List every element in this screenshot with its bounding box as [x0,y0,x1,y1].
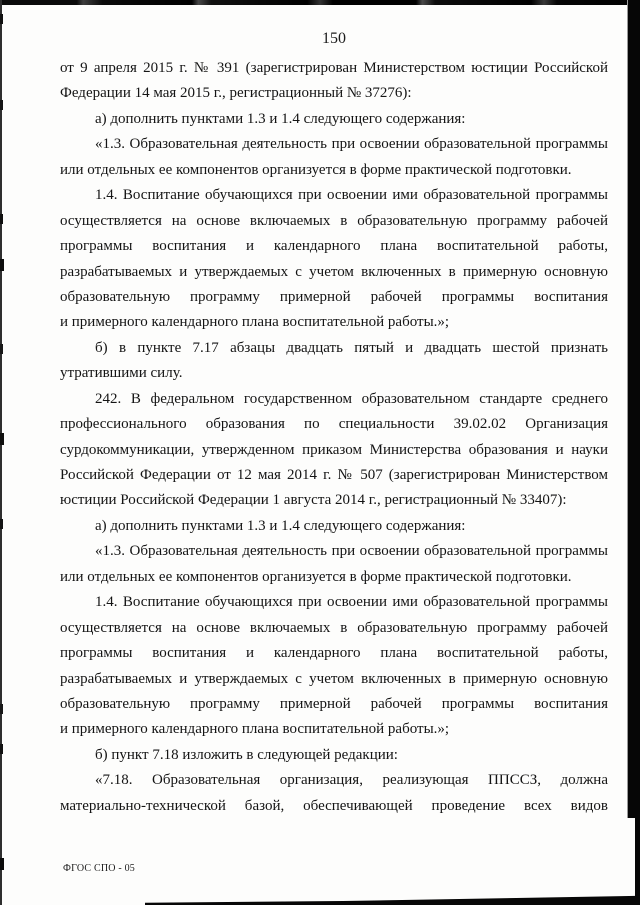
scan-edge-right [627,0,640,818]
text-line: а) дополнить пунктами 1.3 и 1.4 следующе… [60,514,608,539]
text-line: разрабатываемых и утверждаемых с учетом … [60,667,608,692]
text-line: 242. В федеральном государственном образ… [60,387,608,412]
text-line: Федерации 14 мая 2015 г., регистрационны… [60,81,608,106]
text-line: материально-технической базой, обеспечив… [60,794,608,819]
text-line: 1.4. Воспитание обучающихся при освоении… [60,183,608,208]
text-line: 1.4. Воспитание обучающихся при освоении… [60,590,608,615]
text-line: образовательную программу примерной рабо… [60,285,608,310]
text-line: и примерного календарного плана воспитат… [60,717,608,742]
text-line: «1.3. Образовательная деятельность при о… [60,132,608,157]
scan-edge-right-lower [635,815,640,905]
text-line: утратившими силу. [60,361,608,386]
text-line: или отдельных ее компонентов организуетс… [60,565,608,590]
scan-edge-left [0,0,2,905]
document-body: от 9 апреля 2015 г. № 391 (зарегистриров… [60,56,608,819]
text-line: «7.18. Образовательная организация, реал… [60,768,608,793]
text-line: б) пункт 7.18 изложить в следующей редак… [60,743,608,768]
text-line: программы воспитания и календарного план… [60,234,608,259]
text-line: и примерного календарного плана воспитат… [60,310,608,335]
scan-edge-bottom [145,895,640,905]
scan-specks [0,14,3,24]
text-line: разрабатываемых и утверждаемых с учетом … [60,260,608,285]
text-line: юстиции Российской Федерации 1 августа 2… [60,488,608,513]
text-line: «1.3. Образовательная деятельность при о… [60,539,608,564]
text-line: а) дополнить пунктами 1.3 и 1.4 следующе… [60,107,608,132]
page-number: 150 [60,30,608,48]
text-line: осуществляется на основе включаемых в об… [60,616,608,641]
footer-document-code: ФГОС СПО - 05 [63,863,135,874]
text-line: осуществляется на основе включаемых в об… [60,209,608,234]
text-line: б) в пункте 7.17 абзацы двадцать пятый и… [60,336,608,361]
text-line: от 9 апреля 2015 г. № 391 (зарегистриров… [60,56,608,81]
text-line: Российской Федерации от 12 мая 2014 г. №… [60,463,608,488]
text-line: образовательную программу примерной рабо… [60,692,608,717]
text-line: программы воспитания и календарного план… [60,641,608,666]
text-line: сурдокоммуникации, утвержденном приказом… [60,438,608,463]
text-line: или отдельных ее компонентов организуетс… [60,158,608,183]
text-line: профессионального образования по специал… [60,412,608,437]
scan-edge-top [0,0,640,5]
